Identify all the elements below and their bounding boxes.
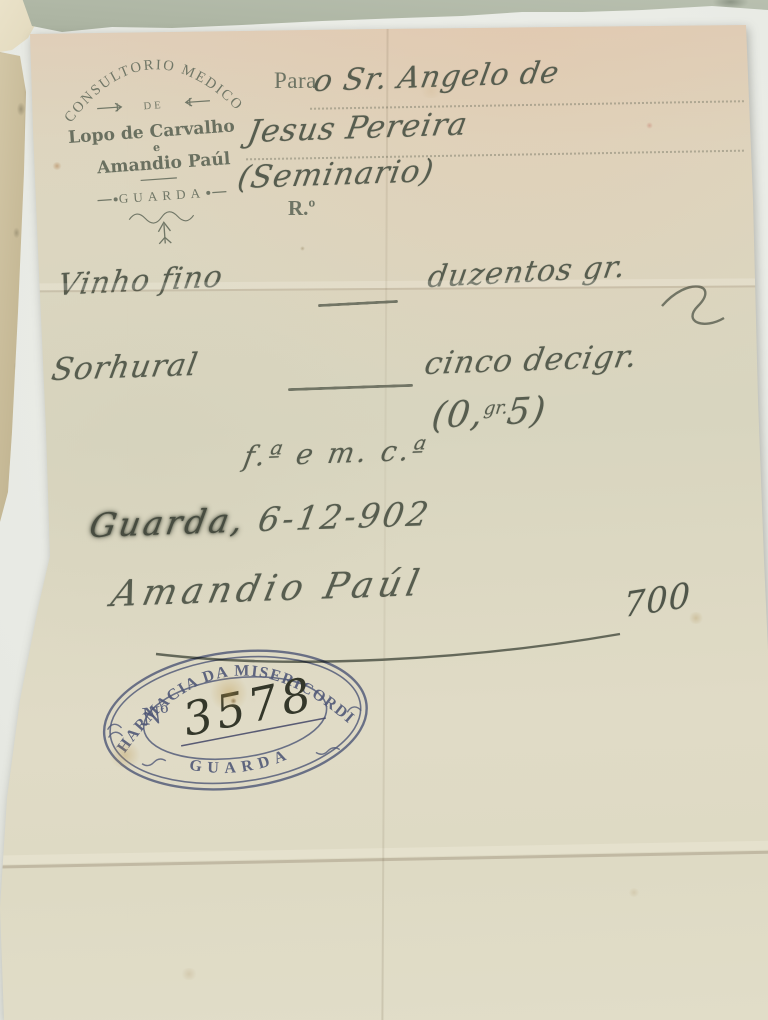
date-place: Guarda, [87,500,249,545]
stamp-bottom-text: GUARDA [186,744,295,782]
para-label: Para [274,68,317,94]
doctor-signature: Amandio Paúl [108,563,428,615]
letterhead: CONSULTORIO MEDICO DE Lopo de Carvalho e… [40,50,275,257]
letterhead-doctor2: Amandio Paúl [96,149,232,178]
letterhead-conjunction: e [153,141,161,154]
up-arrow-ornament [158,222,172,244]
rx-item2-dash [288,384,413,391]
dose-post: 5) [505,390,549,433]
pharmacy-stamp: PHARMACIA DA MISERICORDIA Nº 3578 GUARDA [92,634,380,816]
dose-superscript: gr. [483,397,509,419]
scroll-ornament [129,210,194,225]
letterhead-rule [141,178,177,181]
rx-instruction: f.ª e m. c.ª [241,433,431,473]
stain [300,246,305,251]
rx-item2-name: Sorhural [49,347,201,388]
stain [628,888,640,897]
rx-item1-name: Vinho fino [55,259,225,303]
stamp-number-label: Nº [141,699,171,731]
rx-item2-qty: cinco decigr. [422,338,641,382]
price-number: 700 [624,575,692,626]
document-paper: CONSULTORIO MEDICO DE Lopo de Carvalho e… [0,0,768,1020]
stain [180,968,198,980]
letterhead-city: GUARDA [118,185,205,206]
dose-pre: (0, [429,393,485,437]
rx-symbol: R.º [288,196,315,221]
letterhead-de: DE [143,100,164,112]
addressee-line3: (Seminario) [235,153,437,196]
photo-of-prescription: { "letterhead": { "arc_title": "CONSULTO… [0,0,768,1020]
date-value: 6-12-902 [255,494,434,539]
letterhead-doctor1: Lopo de Carvalho [67,116,235,148]
letterhead-arc-title: CONSULTORIO MEDICO [58,51,247,127]
rx-dose-parenthetical: (0,gr.5) [429,390,548,437]
prescription-document: CONSULTORIO MEDICO DE Lopo de Carvalho e… [0,0,768,1020]
date-line: Guarda, 6-12-902 [87,494,435,545]
